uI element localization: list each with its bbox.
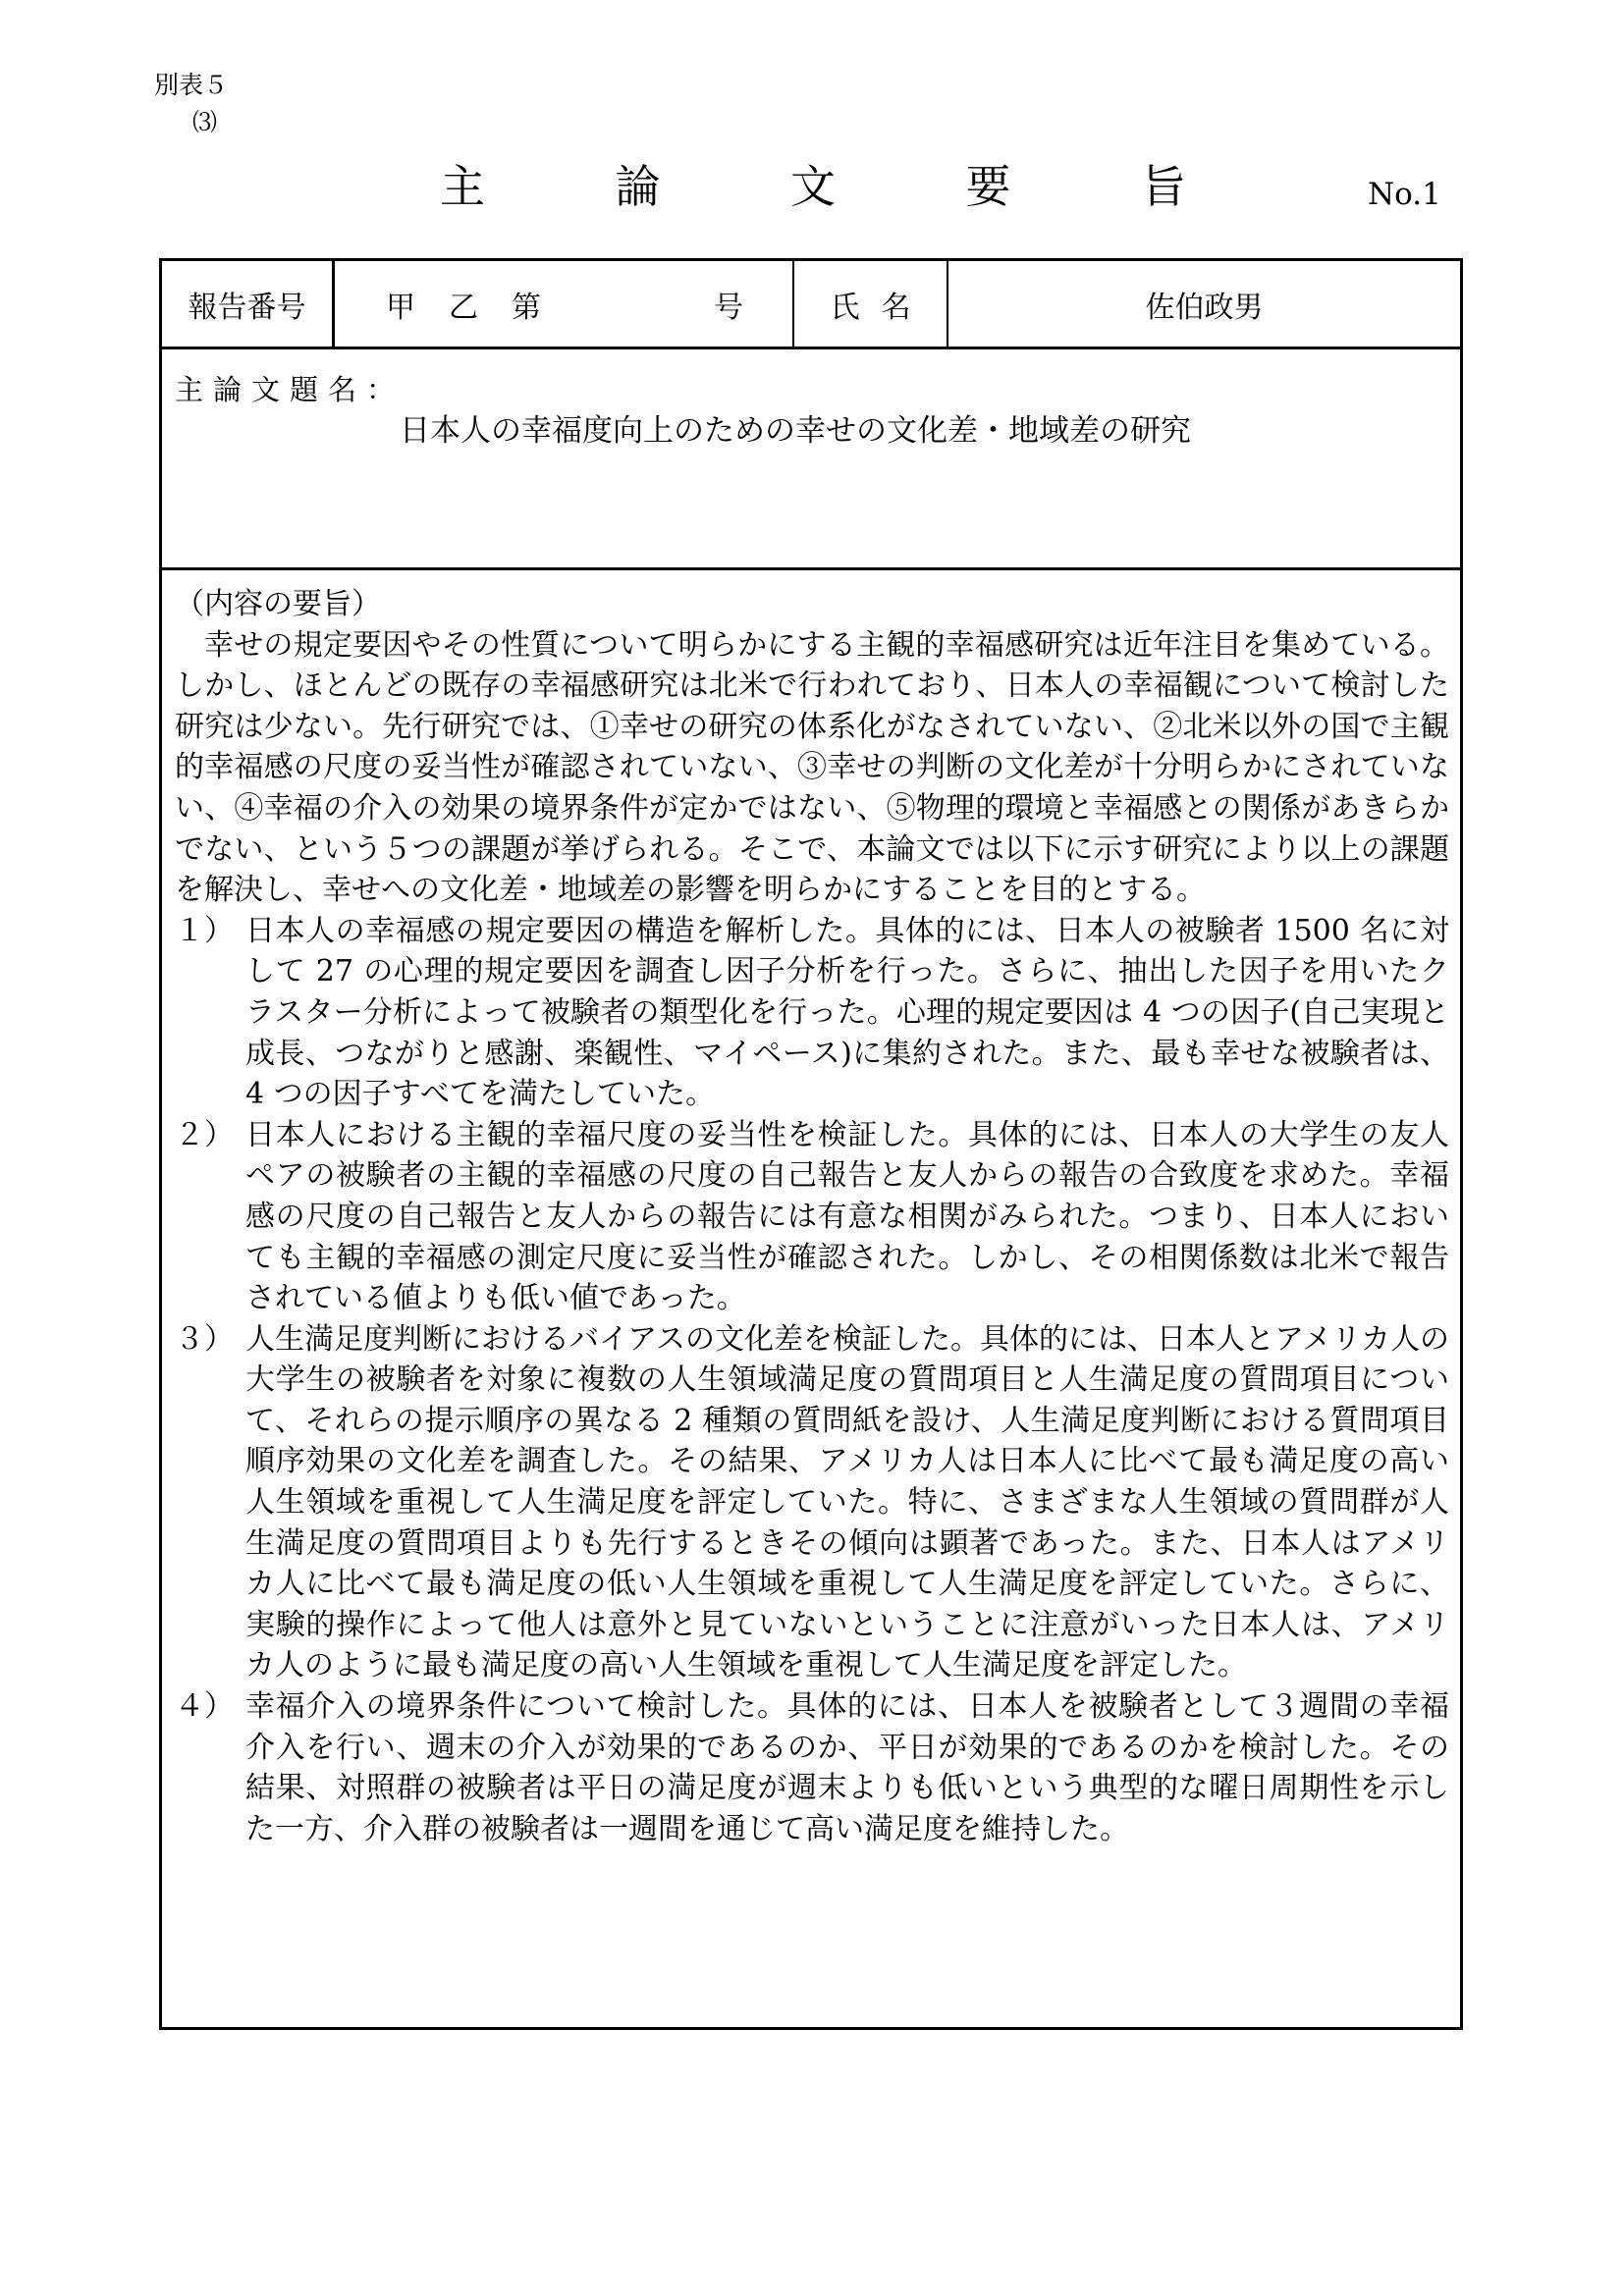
item-text: 幸福介入の境界条件について検討した。具体的には、日本人を被験者として３週間の幸福… xyxy=(245,1686,1449,1849)
item-number: ４） xyxy=(175,1686,245,1849)
thesis-title-row: 主論文題名： 日本人の幸福度向上のための幸せの文化差・地域差の研究 xyxy=(162,347,1460,570)
report-info-row: 報告番号 甲 乙 第 号 氏名 佐伯政男 xyxy=(162,261,1460,349)
item-number: １） xyxy=(175,911,245,1115)
title-char: 文 xyxy=(790,159,836,214)
summary-item: ２） 日本人における主観的幸福尺度の妥当性を検証した。具体的には、日本人の大学生… xyxy=(175,1115,1449,1319)
summary-heading: （内容の要旨） xyxy=(175,584,1449,625)
summary-form: 報告番号 甲 乙 第 号 氏名 佐伯政男 主論文題名： 日本人の幸福度向上のため… xyxy=(159,258,1463,2030)
summary-item: ３） 人生満足度判断におけるバイアスの文化差を検証した。具体的には、日本人とアメ… xyxy=(175,1319,1449,1686)
item-text: 人生満足度判断におけるバイアスの文化差を検証した。具体的には、日本人とアメリカ人… xyxy=(245,1319,1449,1686)
title-char: 要 xyxy=(966,159,1011,214)
thesis-title-label: 主論文題名： xyxy=(175,368,405,408)
summary-item: １） 日本人の幸福感の規定要因の構造を解析した。具体的には、日本人の被験者 15… xyxy=(175,911,1449,1115)
report-number-gou: 号 xyxy=(714,283,743,326)
thesis-title: 日本人の幸福度向上のための幸せの文化差・地域差の研究 xyxy=(400,405,1191,450)
page-number: No.1 xyxy=(1368,175,1441,214)
report-number-field: 甲 乙 第 号 xyxy=(335,261,794,347)
item-number: ２） xyxy=(175,1115,245,1319)
report-number-dai: 第 xyxy=(512,283,541,326)
document-title: 主 論 文 要 旨 xyxy=(440,159,1186,214)
title-char: 論 xyxy=(616,159,661,214)
summary-intro: 幸せの規定要因やその性質について明らかにする主観的幸福感研究は近年注目を集めてい… xyxy=(175,625,1449,911)
attachment-label: 別表５ xyxy=(154,71,228,100)
name-label: 氏名 xyxy=(794,261,948,347)
attachment-sub-label: ⑶ xyxy=(192,108,217,137)
item-text: 日本人における主観的幸福尺度の妥当性を検証した。具体的には、日本人の大学生の友人… xyxy=(245,1115,1449,1319)
report-number-label: 報告番号 xyxy=(162,261,335,347)
title-char: 旨 xyxy=(1141,159,1186,214)
report-number-kou: 甲 xyxy=(386,283,415,326)
title-char: 主 xyxy=(440,159,485,214)
item-number: ３） xyxy=(175,1319,245,1686)
report-number-otsu: 乙 xyxy=(449,283,478,326)
summary-section: （内容の要旨） 幸せの規定要因やその性質について明らかにする主観的幸福感研究は近… xyxy=(162,568,1460,2027)
summary-item: ４） 幸福介入の境界条件について検討した。具体的には、日本人を被験者として３週間… xyxy=(175,1686,1449,1849)
author-name: 佐伯政男 xyxy=(948,261,1460,347)
item-text: 日本人の幸福感の規定要因の構造を解析した。具体的には、日本人の被験者 1500 … xyxy=(245,911,1449,1115)
summary-body: （内容の要旨） 幸せの規定要因やその性質について明らかにする主観的幸福感研究は近… xyxy=(175,584,1449,1849)
